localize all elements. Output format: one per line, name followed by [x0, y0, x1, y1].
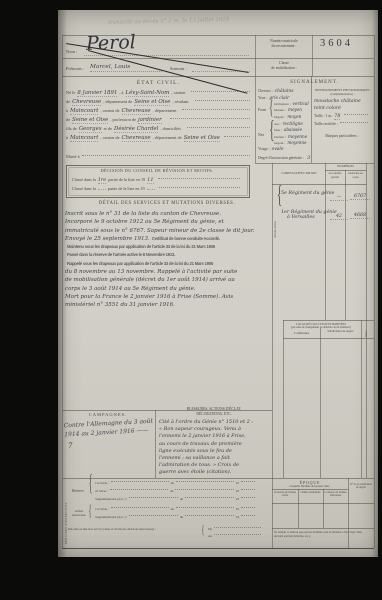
numeros-sub2: matricule au corps: [346, 172, 365, 179]
reserve-label: Réserve.: [72, 489, 84, 493]
surnom-dotted-line: [192, 71, 250, 72]
periode-row: 1re Série : du 19: [95, 507, 257, 515]
divers-lines: moustache châtaineteint coloré: [314, 99, 372, 112]
reserve-brace: {: [89, 471, 93, 496]
rule: [272, 184, 366, 185]
strike-line: [88, 50, 248, 94]
rule: [62, 76, 374, 77]
epoque-note: Ne remplir ce tableau que pour les homme…: [274, 531, 372, 539]
corps-header: CORPS D'AFFECTATION: [274, 171, 324, 175]
localites-col-dates: Dates: [364, 322, 368, 337]
rule: [374, 35, 375, 548]
front-label: Front: [258, 108, 266, 112]
etat-civil-line: fils de Georges et de Désirée Chardel , …: [66, 126, 252, 135]
decision-line-2: Classé dans la partie de la liste en 19: [72, 186, 242, 191]
etat-civil-line: à Maincourt , canton de Chevreuse , dépa…: [66, 108, 252, 117]
numeros-sub1: au contrôle spécial: [326, 172, 344, 179]
reserve-rows: 1re Série : du 19 2e Série : du 19 Suppl…: [95, 481, 257, 505]
rule: [255, 35, 256, 163]
etat-civil-line: de Chevreuse , département de Seine et O…: [66, 99, 252, 108]
note-au-row: Au: [208, 534, 263, 538]
rule: [62, 58, 374, 59]
periode-row: 1re Série : du 19: [95, 481, 257, 489]
rule: [312, 35, 313, 76]
visage-row: Visage : ovale: [258, 147, 310, 152]
prenoms-label: Prénoms :: [66, 66, 84, 71]
blessures-title-1: BLESSURES, ACTIONS D'ÉCLAT,: [158, 407, 270, 411]
services-line: Incorporé le 9 octobre 1912 au 5e Régime…: [65, 219, 271, 227]
territoriale-rows: 1re Série : du 19 Supplémentaire (Art. )…: [95, 507, 257, 523]
localites-col-subdivision: Subdivision de région: [321, 330, 360, 334]
periode-row: 2e Série : du 19: [95, 489, 257, 497]
epoque-right-header: N° de la subdivision de région: [349, 483, 373, 490]
localites-col-communes: Communes: [284, 331, 319, 335]
blessures-title-2: DÉCORATIONS, ETC.: [158, 412, 270, 416]
document-scan: transcrit au décès n° 2 m. le 13 juillet…: [0, 0, 382, 600]
note-brace: {: [201, 522, 204, 536]
etat-civil-lines: Né le 8 Janvier 1891 , à Lévy-Saint-Nom …: [66, 90, 252, 144]
surnom-label: Surnom :: [170, 66, 187, 71]
rule: [320, 328, 321, 478]
degre-row: Degré d'instruction générale : 3: [258, 155, 370, 161]
matricule-sheet: transcrit au décès n° 2 m. le 13 juillet…: [58, 10, 378, 557]
signalement-title: SIGNALEMENT.: [255, 80, 374, 85]
epoque-col-3: la réserve de l'armée territoriale: [324, 491, 347, 498]
services-title: DÉTAIL DES SERVICES ET MUTATIONS DIVERSE…: [62, 201, 272, 206]
nez-row: largeur : moyenne: [274, 140, 310, 146]
rule: [272, 489, 348, 490]
nez-label: Nez: [258, 133, 264, 137]
rule: [361, 320, 362, 478]
corps-row: 5e Régiment du génie — 6767: [281, 191, 371, 210]
services-line: Envoyé le 25 septembre 1913. Certificat …: [65, 236, 271, 244]
taille-row: Taille : 1 m. 78: [314, 114, 370, 120]
note-du-row: Du: [208, 527, 263, 531]
etat-civil-line: de Seine et Oise , profession de jardini…: [66, 117, 252, 126]
front-rows: inclinaison : vertical hauteur : moyen l…: [274, 101, 310, 120]
epoque-col-2: l'armée territoriale: [299, 491, 322, 494]
matricule-value: 3604: [320, 38, 353, 49]
rule: [62, 548, 374, 549]
territoriale-brace: {: [89, 503, 92, 520]
rule: [272, 528, 374, 529]
yeux-row: Yeux : gris clair: [258, 96, 310, 101]
periodes-note: Réformé ou mis hors service (dates et mo…: [68, 527, 200, 532]
services-line: ministériel n° 3551 du 31 janvier 1916.: [65, 302, 271, 310]
paper-edge-shadow-right: [372, 10, 378, 557]
campagnes-title: CAMPAGNES.: [64, 412, 152, 417]
matricule-label: Numéro matricule du recrutement :: [258, 39, 310, 49]
epoque-col-1: la réserve de l'armée active: [273, 491, 297, 498]
rule: [298, 489, 299, 528]
territoriale-label: Armée territoriale.: [68, 509, 90, 517]
marie-line: Marié à: [66, 154, 252, 159]
services-line: de mobilisation générale (décret du 1er …: [65, 277, 271, 285]
prenoms-dotted-line: [90, 71, 162, 72]
marques-label: Marques particulières :: [314, 134, 370, 138]
corps-row: 1er Régiment du génie à Versailles 42 46…: [281, 210, 371, 229]
services-line: immatriculé sous le n° 6767. Sapeur mine…: [65, 228, 271, 236]
rule: [283, 320, 284, 478]
etat-civil-line: Né le 8 Janvier 1891 , à Lévy-Saint-Nom …: [66, 90, 252, 99]
decision-line-1: Classé dans la 1re partie de la liste en…: [72, 177, 242, 184]
campagnes-mark: 7: [68, 442, 72, 450]
divers-header: RENSEIGNEMENTS PHYSIONOMIQUES (complémen…: [313, 88, 372, 96]
services-line: Passé dans la réserve de l'armée active …: [65, 252, 271, 260]
etat-civil-title: ÉTAT CIVIL.: [62, 80, 255, 86]
pencil-annotation: transcrit au décès n° 2 m. le 13 juillet…: [108, 14, 328, 26]
cheveux-row: Cheveux : châtains: [258, 89, 310, 94]
periode-row: Supplémentaire (Art. ) : du 19: [95, 497, 257, 505]
services-line: Rappelé sous les drapeaux par applicatio…: [65, 261, 271, 269]
epoque-subtitle: à laquelle l'homme doit passer dans :: [272, 485, 348, 488]
services-lines: Inscrit sous le n° 31 de la liste du can…: [65, 211, 271, 311]
rule: [325, 163, 326, 320]
nom-label: Nom :: [66, 49, 77, 54]
numeros-header: NUMÉROS: [325, 164, 366, 168]
rule: [155, 410, 156, 478]
corps-rows: 5e Régiment du génie — 6767 1er Régiment…: [281, 191, 371, 229]
prenoms-value: Marcel, Louis: [90, 64, 130, 70]
front-row: largeur : moyen: [274, 114, 310, 120]
services-line: Maintenu sous les drapeaux par applicati…: [65, 244, 271, 252]
taille-rectifiee-row: Taille rectifiée :: [314, 122, 370, 126]
rule: [311, 76, 312, 163]
periode-row: Supplémentaire (Art. ) : du 19: [95, 515, 257, 523]
nez-rows: dos : rectiligne base : abaissée hauteur…: [274, 121, 310, 146]
campagnes-lines: Contre l'Allemagne du 3 août1914 au 2 ja…: [64, 418, 155, 441]
services-line: corps le 3 août 1914 au 5e Régiment du g…: [65, 286, 271, 294]
rule: [62, 478, 374, 479]
etat-civil-line: à Maincourt , canton de Chevreuse , dépa…: [66, 135, 252, 144]
decision-title: DÉCISION DU CONSEIL DE RÉVISION ET MOTIF…: [66, 168, 248, 173]
classe-label: Classe de mobilisation :: [258, 61, 310, 71]
rule: [62, 35, 63, 548]
blessures-lines: Cité à l'ordre du Génie n° 1510 et 2 :« …: [159, 419, 271, 477]
